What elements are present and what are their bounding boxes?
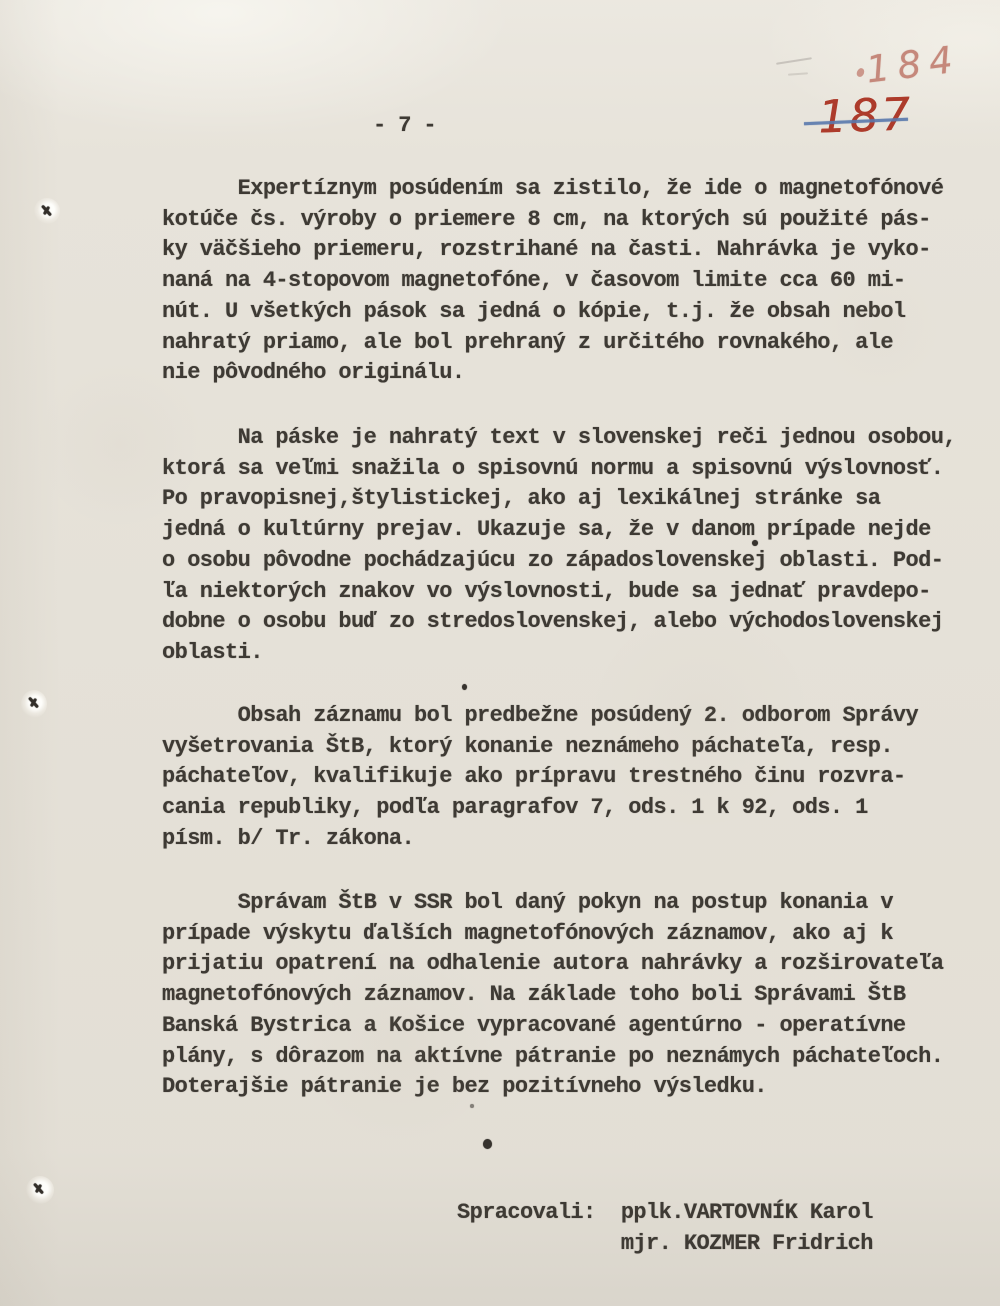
binding-hole-mark — [21, 690, 47, 718]
scanned-document-page: - 7 - 184 187 Expertíznym posúdením sa z… — [0, 0, 1000, 1306]
page-number: - 7 - — [373, 111, 436, 142]
ink-speck — [483, 1139, 492, 1149]
ink-speck — [752, 540, 758, 546]
pencil-scribble — [776, 57, 812, 65]
signature-block: Spracovali: pplk.VARTOVNÍK Karol mjr. KO… — [457, 1198, 873, 1259]
pencil-scribble — [788, 72, 808, 75]
paragraph-instructions: Správam ŠtB v SSR bol daný pokyn na post… — [162, 888, 943, 1103]
handwritten-page-number-new: 184 — [864, 40, 962, 88]
ink-speck — [470, 1104, 474, 1108]
handwritten-page-number-old-crossed: 187 — [817, 91, 913, 139]
binding-hole-mark — [26, 1176, 54, 1204]
handwritten-ink-dot — [856, 67, 865, 78]
ink-speck — [462, 684, 467, 690]
binding-hole-mark — [34, 198, 60, 224]
paragraph-recording-analysis: Na páske je nahratý text v slovenskej re… — [162, 423, 956, 669]
paragraph-legal-assessment: Obsah záznamu bol predbežne posúdený 2. … — [162, 701, 918, 855]
paragraph-expertise: Expertíznym posúdením sa zistilo, že ide… — [162, 174, 943, 389]
